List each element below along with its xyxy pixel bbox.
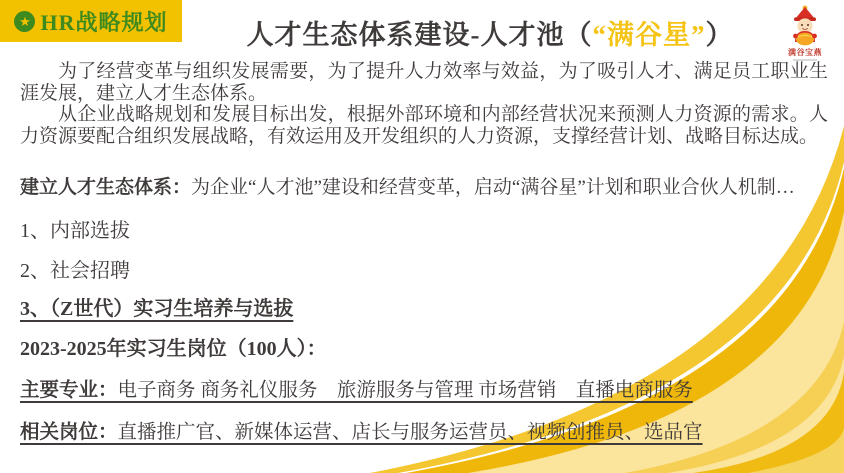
roles-value: 直播推广官、新媒体运营、店长与服务运营员、视频创推员、选品官 [118, 422, 703, 443]
list-item-genz-interns-text: 3、（Z世代）实习生培养与选拔 [20, 298, 293, 320]
logo-text: 满谷宝燕 [788, 48, 822, 57]
intro-paragraphs: 为了经营变革与组织发展需要，为了提升人力效率与效益，为了吸引人才、满足员工职业生… [20, 61, 828, 147]
ecosystem-intro-label: 建立人才生态体系： [20, 177, 191, 198]
majors-value: 电子商务 商务礼仪服务 旅游服务与管理 市场营销 直播电商服务 [118, 380, 693, 401]
title-prefix: 人才生态体系建设-人才池（ [247, 20, 593, 50]
company-logo: 满谷宝燕 [772, 4, 838, 61]
title-highlight: “满谷星” [593, 20, 706, 50]
list-item-internal-selection: 1、内部选拔 [20, 214, 130, 243]
ecosystem-intro-line: 建立人才生态体系：为企业“人才池”建设和经营变革，启动“满谷星”计划和职业合伙人… [20, 172, 795, 199]
paragraph-2: 从企业战略规划和发展目标出发，根据外部环境和内部经营状况来预测人力资源的需求。人… [20, 104, 828, 147]
list-item-genz-interns: 3、（Z世代）实习生培养与选拔 [20, 292, 293, 321]
majors-underlined: 主要专业：电子商务 商务礼仪服务 旅游服务与管理 市场营销 直播电商服务 [20, 380, 693, 401]
roles-line: 相关岗位：直播推广官、新媒体运营、店长与服务运营员、视频创推员、选品官 [20, 416, 703, 444]
fortune-mascot-icon [783, 4, 827, 48]
ecosystem-intro-text: 为企业“人才池”建设和经营变革，启动“满谷星”计划和职业合伙人机制… [191, 177, 795, 198]
hr-strategy-badge: ★ HR战略规划 [0, 0, 182, 42]
majors-label: 主要专业： [20, 380, 118, 401]
presentation-slide: ★ HR战略规划 人才生态体系建设-人才池（“满谷星”） 满谷宝燕 为了经营变革… [0, 0, 844, 473]
star-icon: ★ [14, 11, 35, 32]
logo-subtext-line [793, 59, 817, 61]
list-item-social-recruiting: 2、社会招聘 [20, 254, 130, 283]
roles-underlined: 相关岗位：直播推广官、新媒体运营、店长与服务运营员、视频创推员、选品官 [20, 422, 703, 443]
majors-line: 主要专业：电子商务 商务礼仪服务 旅游服务与管理 市场营销 直播电商服务 [20, 374, 693, 402]
slide-title: 人才生态体系建设-人才池（“满谷星”） [210, 18, 770, 52]
intern-positions-heading: 2023-2025年实习生岗位（100人）： [20, 332, 327, 361]
title-suffix: ） [706, 20, 734, 50]
badge-label: HR战略规划 [40, 6, 167, 37]
roles-label: 相关岗位： [20, 422, 118, 443]
paragraph-1: 为了经营变革与组织发展需要，为了提升人力效率与效益，为了吸引人才、满足员工职业生… [20, 61, 828, 104]
